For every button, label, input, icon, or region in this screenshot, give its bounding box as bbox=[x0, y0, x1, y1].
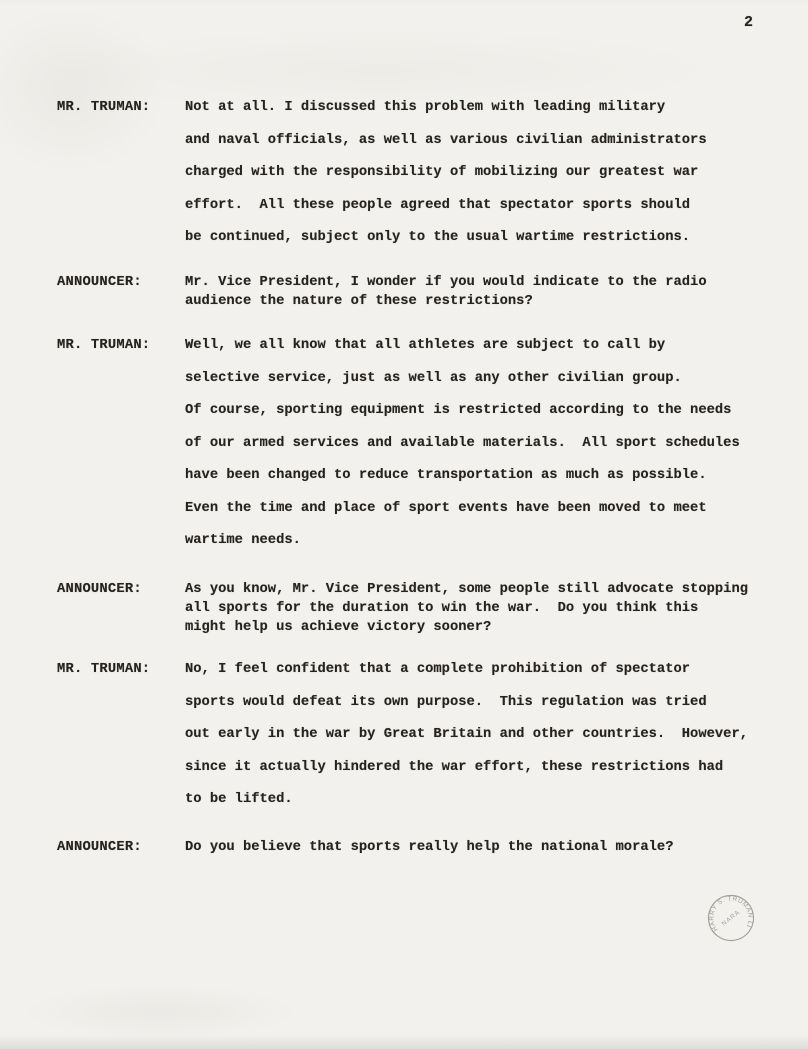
transcript-line: be continued, subject only to the usual … bbox=[185, 222, 778, 255]
transcript-line: Even the time and place of sport events … bbox=[185, 493, 778, 526]
transcript-line: and naval officials, as well as various … bbox=[185, 125, 778, 158]
speech-block: MR. TRUMAN: No, I feel confident that a … bbox=[57, 654, 778, 817]
transcript-line: audience the nature of these restriction… bbox=[185, 292, 778, 311]
stamp-seal-icon: HARRY S. TRUMAN LIBRARY NARA bbox=[703, 890, 759, 946]
transcript-line: wartime needs. bbox=[185, 525, 778, 558]
transcript-line: Do you believe that sports really help t… bbox=[185, 838, 778, 857]
speech-lines: As you know, Mr. Vice President, some pe… bbox=[185, 580, 778, 637]
speech-lines: No, I feel confident that a complete pro… bbox=[185, 654, 778, 817]
page-number: 2 bbox=[744, 14, 753, 31]
speaker-label: ANNOUNCER: bbox=[57, 838, 142, 857]
transcript-line: sports would defeat its own purpose. Thi… bbox=[185, 687, 778, 720]
transcript-line: As you know, Mr. Vice President, some pe… bbox=[185, 580, 778, 599]
speaker-label: MR. TRUMAN: bbox=[57, 92, 150, 125]
transcript-line: selective service, just as well as any o… bbox=[185, 363, 778, 396]
speaker-label: ANNOUNCER: bbox=[57, 580, 142, 599]
transcript-line: No, I feel confident that a complete pro… bbox=[185, 654, 778, 687]
speech-lines: Mr. Vice President, I wonder if you woul… bbox=[185, 273, 778, 311]
speech-lines: Well, we all know that all athletes are … bbox=[185, 330, 778, 558]
transcript-line: out early in the war by Great Britain an… bbox=[185, 719, 778, 752]
speech-lines: Not at all. I discussed this problem wit… bbox=[185, 92, 778, 255]
transcript-line: to be lifted. bbox=[185, 784, 778, 817]
transcript-line: effort. All these people agreed that spe… bbox=[185, 190, 778, 223]
transcript-line: Well, we all know that all athletes are … bbox=[185, 330, 778, 363]
speech-block: ANNOUNCER: As you know, Mr. Vice Preside… bbox=[57, 580, 778, 637]
scanned-document-page: 2 MR. TRUMAN: Not at all. I discussed th… bbox=[0, 0, 808, 1049]
truman-library-archive-stamp: HARRY S. TRUMAN LIBRARY NARA bbox=[703, 890, 759, 946]
speech-block: ANNOUNCER: Mr. Vice President, I wonder … bbox=[57, 273, 778, 311]
speech-lines: Do you believe that sports really help t… bbox=[185, 838, 778, 857]
transcript-line: might help us achieve victory sooner? bbox=[185, 618, 778, 637]
transcript-line: Of course, sporting equipment is restric… bbox=[185, 395, 778, 428]
speaker-label: MR. TRUMAN: bbox=[57, 654, 150, 687]
transcript-line: all sports for the duration to win the w… bbox=[185, 599, 778, 618]
stamp-center-text: NARA bbox=[721, 909, 742, 928]
transcript-line: Not at all. I discussed this problem wit… bbox=[185, 92, 778, 125]
transcript-line: charged with the responsibility of mobil… bbox=[185, 157, 778, 190]
speech-block: ANNOUNCER: Do you believe that sports re… bbox=[57, 838, 778, 857]
speaker-label: MR. TRUMAN: bbox=[57, 330, 150, 363]
transcript-line: have been changed to reduce transportati… bbox=[185, 460, 778, 493]
speech-block: MR. TRUMAN: Well, we all know that all a… bbox=[57, 330, 778, 558]
speech-block: MR. TRUMAN: Not at all. I discussed this… bbox=[57, 92, 778, 255]
speaker-label: ANNOUNCER: bbox=[57, 273, 142, 292]
transcript-line: since it actually hindered the war effor… bbox=[185, 752, 778, 785]
transcript-line: Mr. Vice President, I wonder if you woul… bbox=[185, 273, 778, 292]
transcript-line: of our armed services and available mate… bbox=[185, 428, 778, 461]
